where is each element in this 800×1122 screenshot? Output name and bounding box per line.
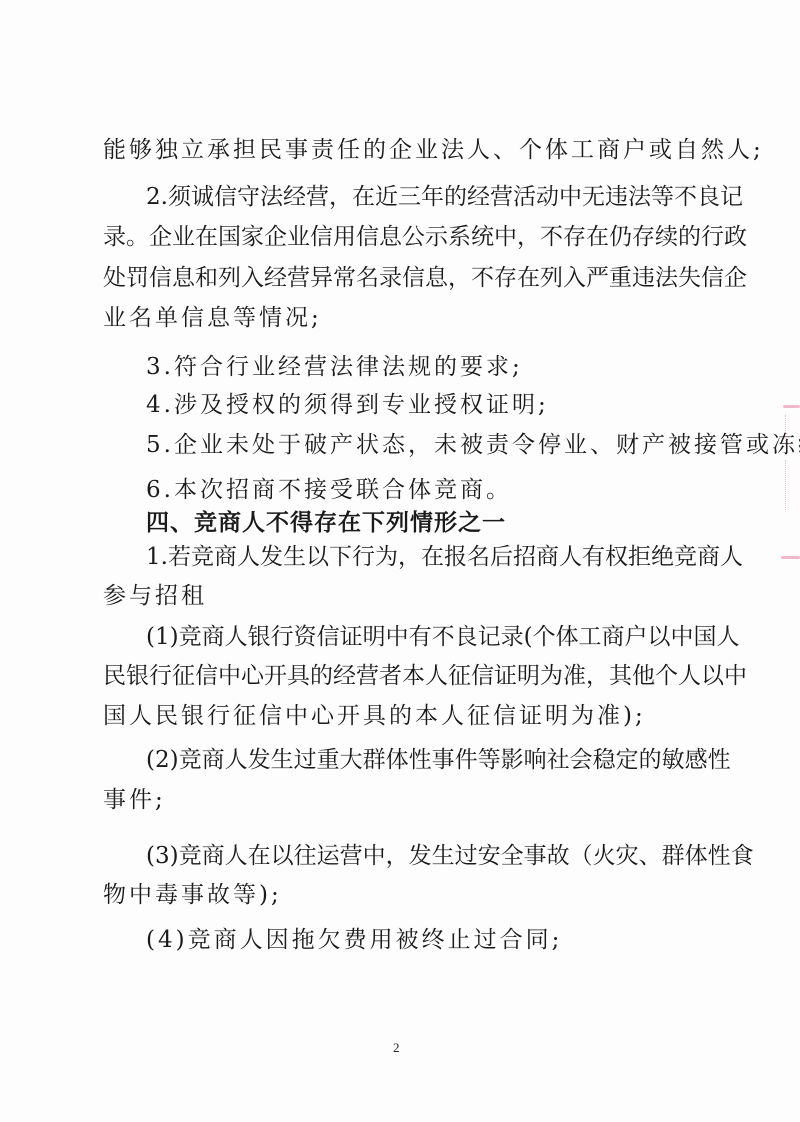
- text-line: 2.须诚信守法经营，在近三年的经营活动中无违法等不良记: [146, 182, 713, 212]
- text-line: (1)竞商人银行资信证明中有不良记录(个体工商户以中国人: [146, 622, 713, 652]
- text-line: 能够独立承担民事责任的企业法人、个体工商户或自然人;: [103, 135, 713, 165]
- seal-edge-mark: [781, 556, 800, 559]
- text-line: 1.若竞商人发生以下行为，在报名后招商人有权拒绝竞商人: [146, 542, 713, 572]
- list-item: 5.企业未处于破产状态，未被责令停业、财产被接管或冻结;: [146, 430, 713, 460]
- section-heading: 四、竞商人不得存在下列情形之一: [146, 508, 713, 538]
- list-item: 6.本次招商不接受联合体竞商。: [146, 475, 713, 505]
- list-item: 4.涉及授权的须得到专业授权证明;: [146, 390, 713, 420]
- text-line: 物中毒事故等);: [103, 880, 713, 910]
- text-line: 国人民银行征信中心开具的本人征信证明为准);: [103, 701, 713, 731]
- text-line: 事件;: [103, 785, 713, 815]
- seal-edge-mark: [785, 415, 800, 445]
- text-line: 处罚信息和列入经营异常名录信息，不存在列入严重违法失信企: [103, 263, 713, 293]
- text-line: (3)竞商人在以往运营中，发生过安全事故（火灾、群体性食: [146, 841, 713, 871]
- text-line: 录。企业在国家企业信用信息公示系统中，不存在仍存续的行政: [103, 222, 713, 252]
- text-line: 参与招租: [103, 581, 713, 611]
- seal-edge-mark: [785, 460, 800, 510]
- list-item: 3.符合行业经营法律法规的要求;: [146, 352, 713, 382]
- text-line: 民银行征信中心开具的经营者本人征信证明为准，其他个人以中: [103, 661, 713, 691]
- document-page: 能够独立承担民事责任的企业法人、个体工商户或自然人; 2.须诚信守法经营，在近三…: [0, 0, 800, 1122]
- seal-edge-mark: [783, 405, 800, 408]
- text-line: (4)竞商人因拖欠费用被终止过合同;: [146, 925, 713, 955]
- text-line: 业名单信息等情况;: [103, 303, 713, 333]
- page-number: 2: [393, 1040, 400, 1056]
- text-line: (2)竞商人发生过重大群体性事件等影响社会稳定的敏感性: [146, 745, 713, 775]
